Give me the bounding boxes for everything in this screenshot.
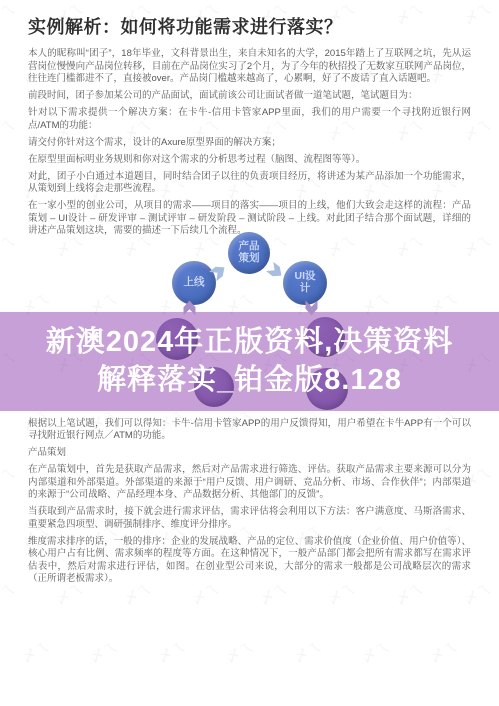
- article: 实例解析：如何将功能需求进行落实？ 本人的昵称叫“团子”，18年毕业，文科背景出…: [0, 0, 499, 586]
- paragraph-section-1: 在产品策划中，首先是获取产品需求，然后对产品需求进行筛选、评估。获取产品需求主要…: [28, 464, 471, 502]
- promo-overlay-banner: 新澳2024年正版资料,决策资料 解释落实_铂金版8.128: [0, 312, 499, 411]
- diagram-node-ui-design: UI设计: [283, 261, 327, 305]
- watermark-stamp: 乄乁: [291, 637, 323, 666]
- banner-text-line-2: 解释落实_铂金版8.128: [97, 364, 402, 396]
- paragraph-intro-4: 请交付你针对这个需求，设计的Axure原型界面的解决方案；: [28, 137, 471, 150]
- watermark-stamp: 乄乁: [19, 637, 51, 666]
- paragraph-after-figure: 根据以上笔试题，我们可以得知：卡牛-信用卡管家APP的用户反馈得知，用户希望在卡…: [28, 418, 471, 443]
- paragraph-intro-1: 本人的昵称叫“团子”，18年毕业，文科背景出生，来自未知名的大学，2015年踏上…: [28, 48, 471, 86]
- paragraph-intro-2: 前段时间，团子参加某公司的产品面试，面试前该公司让面试者做一道笔试题，笔试题目为…: [28, 90, 471, 103]
- diagram-node-launch-label: 上线: [181, 277, 206, 289]
- watermark-stamp: 乄乁: [87, 637, 119, 666]
- section-heading: 产品策划: [28, 447, 471, 460]
- diagram-node-product-planning-label: 产品策划: [236, 241, 261, 264]
- diagram-node-launch: 上线: [172, 261, 216, 305]
- watermark-stamp: 乄乁: [359, 637, 391, 666]
- watermark-stamp: 乄乁: [427, 637, 459, 666]
- process-diagram: 上线 产品策划 UI设计 新澳2024年正版资料,决策资料 解释落实_铂金版8.…: [0, 232, 499, 411]
- page-title: 实例解析：如何将功能需求进行落实？: [28, 15, 471, 39]
- diagram-node-ui-design-label: UI设计: [292, 271, 317, 294]
- paragraph-intro-3: 针对以下需求提供一个解决方案：在卡牛-信用卡管家APP里面，我们的用户需要一个寻…: [28, 107, 471, 132]
- paragraph-section-3: 维度需求排序的话，一般的排序：企业的发展战略、产品的定位、需求价值度（企业价值、…: [28, 536, 471, 586]
- watermark-stamp: 乄乁: [155, 637, 187, 666]
- paragraph-intro-5: 在原型里面标明业务规则和你对这个需求的分析思考过程（脑图、流程图等等）。: [28, 154, 471, 167]
- arrow-plan-to-ui-icon: [266, 261, 285, 280]
- watermark-stamp: 乄乁: [223, 637, 255, 666]
- banner-text-line-1: 新澳2024年正版资料,决策资料: [46, 326, 454, 358]
- paragraph-intro-6: 对此，团子小白通过本道题目，同时结合团子以往的负责项目经历，将讲述为某产品添加一…: [28, 171, 471, 196]
- paragraph-section-2: 当获取到产品需求时，接下就会进行需求评估，需求评估将会利用以下方法：客户满意度、…: [28, 506, 471, 531]
- diagram-node-product-planning: 产品策划: [228, 232, 270, 274]
- watermark-stamp: 乄乁: [495, 637, 499, 666]
